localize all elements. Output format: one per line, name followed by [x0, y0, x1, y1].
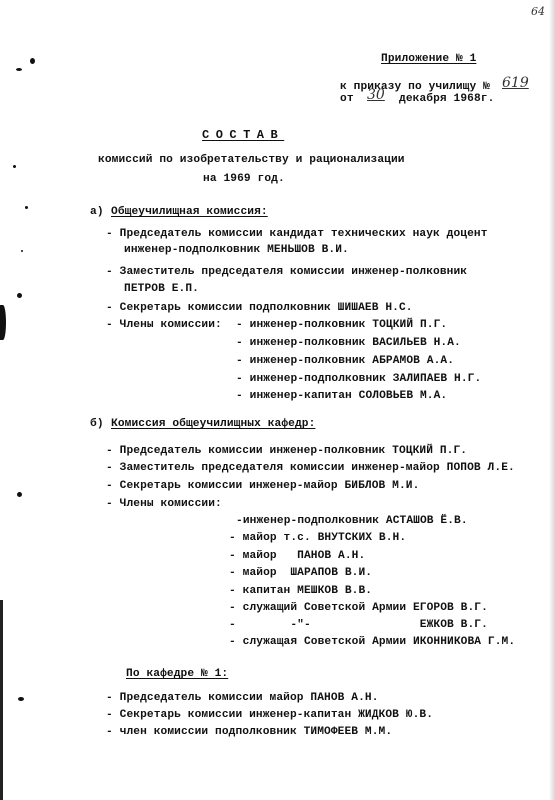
department-1-heading: По кафедре № 1: [126, 667, 228, 681]
section-a-member: - инженер-капитан СОЛОВЬЕВ М.А. [236, 389, 447, 403]
section-a-secretary: - Секретарь комиссии подполковник ШИШАЕВ… [106, 301, 413, 315]
department-1-line: - член комиссии подполковник ТИМОФЕЕВ М.… [106, 725, 392, 739]
date-day: 30 [367, 87, 385, 103]
page-number: 64 [531, 5, 545, 18]
section-b-secretary: - Секретарь комиссии инженер-майор БИБЛО… [106, 479, 419, 493]
section-a-marker: а) [90, 205, 104, 219]
section-a-deputy-2: ПЕТРОВ Е.П. [124, 282, 199, 296]
ink-spot [0, 305, 6, 340]
subtitle-line-1: комиссий по изобретательству и рационали… [98, 153, 405, 167]
section-b-heading: Комиссия общеучилищных кафедр: [111, 417, 315, 431]
ink-spot [13, 165, 16, 168]
date-suffix: декабря 1968г. [399, 92, 494, 106]
section-a-member: - инженер-полковник АБРАМОВ А.А. [236, 354, 454, 368]
section-b-chair: - Председатель комиссии инженер-полковни… [106, 444, 467, 458]
ink-spot [17, 492, 22, 497]
appendix-label: Приложение № 1 [381, 52, 476, 66]
ink-spot [25, 206, 28, 209]
date-prefix: от [340, 92, 354, 106]
section-a-chair-1: - Председатель комиссии кандидат техниче… [106, 227, 488, 241]
subtitle-line-2: на 1969 год. [203, 172, 285, 186]
section-b-marker: б) [90, 417, 104, 431]
section-a-member: - инженер-полковник ВАСИЛЬЕВ Н.А. [236, 336, 461, 350]
document-title: СОСТАВ [202, 128, 284, 142]
section-a-member: - инженер-полковник ТОЦКИЙ П.Г. [236, 318, 447, 332]
section-b-member: - майор ШАРАПОВ В.И. [229, 566, 372, 580]
section-b-member: - майор т.с. ВНУТСКИХ В.Н. [229, 531, 406, 545]
section-b-member: -инженер-подполковник АСТАШОВ Ё.В. [236, 514, 468, 528]
ink-spot [17, 293, 22, 298]
department-1-line: - Секретарь комиссии инженер-капитан ЖИД… [106, 708, 433, 722]
department-1-line: - Председатель комиссии майор ПАНОВ А.Н. [106, 691, 379, 705]
section-b-members-label: - Члены комиссии: [106, 497, 222, 511]
section-b-member: - служащий Советской Армии ЕГОРОВ В.Г. [229, 601, 488, 615]
section-a-members-label: - Члены комиссии: [106, 318, 222, 332]
section-a-chair-2: инженер-подполковник МЕНЬШОВ В.И. [124, 243, 349, 257]
section-a-deputy-1: - Заместитель председателя комиссии инже… [106, 265, 467, 279]
section-b-member: - майор ПАНОВ А.Н. [229, 549, 365, 563]
order-number: 619 [502, 75, 529, 91]
section-b-member: - служащая Советской Армии ИКОННИКОВА Г.… [229, 635, 515, 649]
section-b-deputy: - Заместитель председателя комиссии инже… [106, 461, 515, 475]
section-b-member: - -"- ЕЖКОВ В.Г. [229, 618, 488, 632]
section-a-member: - инженер-подполковник ЗАЛИПАЕВ Н.Г. [236, 372, 481, 386]
scan-edge-left [0, 600, 3, 800]
ink-spot [21, 250, 23, 252]
scan-edge-right [549, 0, 555, 800]
section-b-member: - капитан МЕШКОВ В.В. [229, 584, 372, 598]
ink-spot [30, 58, 35, 64]
section-a-heading: Общеучилищная комиссия: [111, 205, 268, 219]
ink-spot [16, 68, 22, 71]
ink-spot [18, 697, 24, 701]
document-page: 64 Приложение № 1 к приказу по училищу №… [0, 0, 555, 800]
